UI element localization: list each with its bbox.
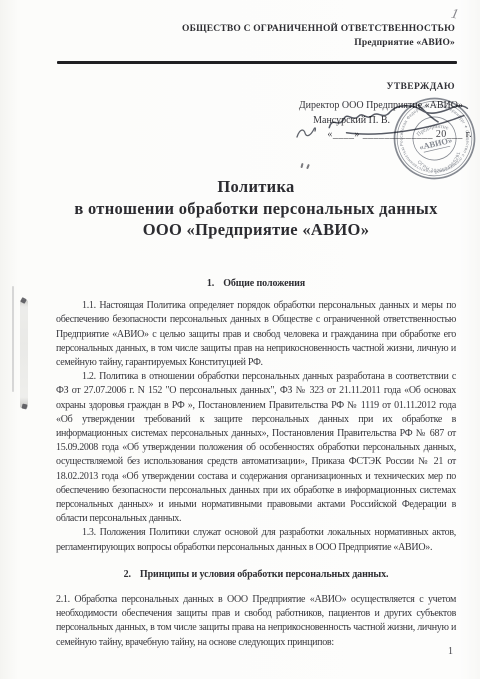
staple-scan-artifact: [20, 300, 28, 408]
handwritten-page-mark: 1: [449, 6, 459, 23]
title-line3: ООО «Предприятие «АВИО»: [56, 219, 456, 241]
title-line2: в отношении обработки персональных данны…: [56, 198, 456, 220]
document-body: 1.Общие положения 1.1. Настоящая Политик…: [56, 277, 456, 650]
section-1-number: 1.: [207, 278, 214, 289]
section-1-title: Общие положения: [223, 278, 305, 289]
section-1-heading: 1.Общие положения: [56, 277, 456, 291]
paragraph-1-3: 1.3. Положения Политики служат основой д…: [56, 526, 456, 554]
staple-mark-icon: [22, 404, 28, 410]
title-line1: Политика: [56, 176, 456, 198]
section-2-title: Принципы и условия обработки персональны…: [140, 569, 389, 580]
company-stamp: Российская Федерация ✦ г. Екатеринбург ✦…: [384, 88, 480, 190]
stray-mark-icon: [306, 164, 309, 169]
stray-mark-icon: [300, 163, 303, 168]
org-header: ОБЩЕСТВО С ОГРАНИЧЕННОЙ ОТВЕТСТВЕННОСТЬЮ…: [182, 22, 455, 50]
org-name-line1: ОБЩЕСТВО С ОГРАНИЧЕННОЙ ОТВЕТСТВЕННОСТЬЮ: [182, 22, 455, 36]
approval-label: УТВЕРЖДАЮ: [386, 82, 455, 92]
page-number: 1: [448, 646, 453, 657]
paragraph-1-2: 1.2. Политика в отношении обработки перс…: [56, 370, 456, 526]
handwritten-date-scribble: [293, 125, 319, 141]
section-2-heading: 2.Принципы и условия обработки персональ…: [56, 568, 456, 582]
document-page: 1 ОБЩЕСТВО С ОГРАНИЧЕННОЙ ОТВЕТСТВЕННОСТ…: [0, 0, 480, 679]
section-2-number: 2.: [124, 569, 131, 580]
binding-shadow-artifact: [12, 286, 14, 392]
org-name-line2: Предприятие «АВИО»: [182, 36, 455, 50]
header-divider: [57, 61, 457, 64]
paragraph-2-1: 2.1. Обработка персональных данных в ООО…: [56, 593, 456, 650]
document-title: Политика в отношении обработки персональ…: [56, 176, 456, 241]
paragraph-1-1: 1.1. Настоящая Политика определяет поряд…: [56, 299, 456, 370]
